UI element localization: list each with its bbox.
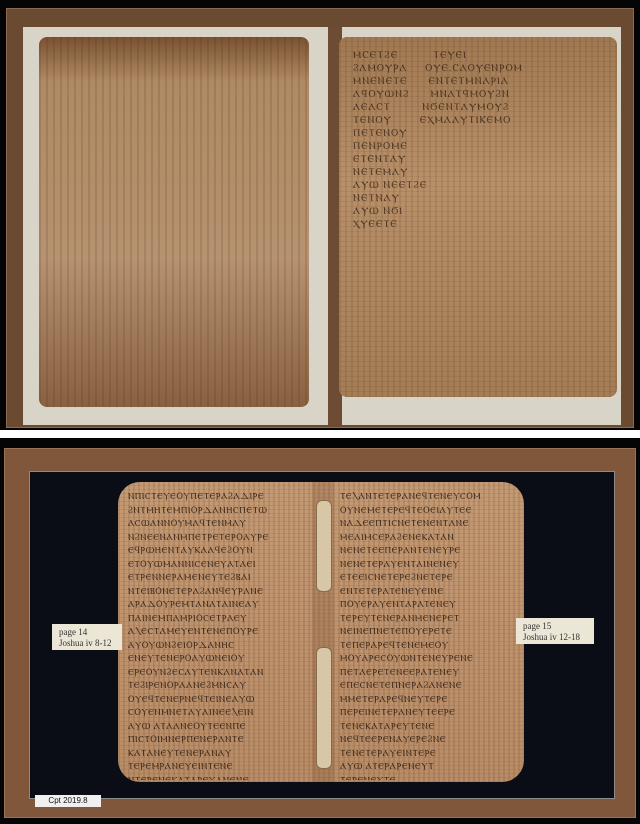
right-page-text: ⲦⲈⲖⲀⲚⲦⲈⲦⲈⲢⲀⲚⲈϤⲦⲈⲚⲈⲨⲤⲞⲘ ⲞⲨⲚⲈⲘⲈⲦⲈⲢⲈϤⲦⲈⲞⲈⲒⲀ…: [340, 490, 518, 780]
page-15-number: page 15: [523, 621, 587, 632]
right-papyrus-leaf: ⲘⲤⲈⲦϨⲈ ⲦⲈⲨⲈⲒ ϨⲀⲘⲞⲨⲢⲀ ⲞⲨⲈ.ⲤⲀⲞⲨⲈⲚⲢⲞⲘ ⲘⲚⲈⲚⲈ…: [339, 37, 617, 397]
spine-repair-strip-lower: [316, 647, 332, 769]
page-14-number: page 14: [59, 627, 115, 638]
spine-repair-strip-upper: [316, 500, 332, 592]
page-15-label: page 15 Joshua iv 12-18: [516, 618, 594, 644]
image-separator: [0, 430, 640, 438]
bottom-display-frame: ⲚⲠⲒⲤⲦⲈⲨⲈⲞⲨⲠⲈⲦⲈⲢⲀϨⲀⲆⲒⲢⲈ ϨⲚⲦⲘⲎⲦⲈⲘⲠⲒⲞⲢⲆⲀⲚⲎⲤ…: [4, 448, 636, 818]
page-14-reference: Joshua iv 8-12: [59, 638, 115, 649]
page-15-reference: Joshua iv 12-18: [523, 632, 587, 643]
page-14-label: page 14 Joshua iv 8-12: [52, 624, 122, 650]
top-display-frame: ⲘⲤⲈⲦϨⲈ ⲦⲈⲨⲈⲒ ϨⲀⲘⲞⲨⲢⲀ ⲞⲨⲈ.ⲤⲀⲞⲨⲈⲚⲢⲞⲘ ⲘⲚⲈⲚⲈ…: [6, 8, 634, 428]
left-page-text: ⲚⲠⲒⲤⲦⲈⲨⲈⲞⲨⲠⲈⲦⲈⲢⲀϨⲀⲆⲒⲢⲈ ϨⲚⲦⲘⲎⲦⲈⲘⲠⲒⲞⲢⲆⲀⲚⲎⲤ…: [128, 490, 312, 780]
left-papyrus-leaf: [39, 37, 309, 407]
open-papyrus-codex: ⲚⲠⲒⲤⲦⲈⲨⲈⲞⲨⲠⲈⲦⲈⲢⲀϨⲀⲆⲒⲢⲈ ϨⲚⲦⲘⲎⲦⲈⲘⲠⲒⲞⲢⲆⲀⲚⲎⲤ…: [118, 482, 524, 782]
accession-number-label: Cpt 2019.8: [35, 795, 101, 807]
right-leaf-text: ⲘⲤⲈⲦϨⲈ ⲦⲈⲨⲈⲒ ϨⲀⲘⲞⲨⲢⲀ ⲞⲨⲈ.ⲤⲀⲞⲨⲈⲚⲢⲞⲘ ⲘⲚⲈⲚⲈ…: [353, 49, 523, 231]
top-mount-board: ⲘⲤⲈⲦϨⲈ ⲦⲈⲨⲈⲒ ϨⲀⲘⲞⲨⲢⲀ ⲞⲨⲈ.ⲤⲀⲞⲨⲈⲚⲢⲞⲘ ⲘⲚⲈⲚⲈ…: [23, 27, 621, 425]
black-mount-board: ⲚⲠⲒⲤⲦⲈⲨⲈⲞⲨⲠⲈⲦⲈⲢⲀϨⲀⲆⲒⲢⲈ ϨⲚⲦⲘⲎⲦⲈⲘⲠⲒⲞⲢⲆⲀⲚⲎⲤ…: [29, 471, 615, 799]
bottom-photo-panel: ⲚⲠⲒⲤⲦⲈⲨⲈⲞⲨⲠⲈⲦⲈⲢⲀϨⲀⲆⲒⲢⲈ ϨⲚⲦⲘⲎⲦⲈⲘⲠⲒⲞⲢⲆⲀⲚⲎⲤ…: [0, 438, 640, 824]
top-photo-panel: ⲘⲤⲈⲦϨⲈ ⲦⲈⲨⲈⲒ ϨⲀⲘⲞⲨⲢⲀ ⲞⲨⲈ.ⲤⲀⲞⲨⲈⲚⲢⲞⲘ ⲘⲚⲈⲚⲈ…: [0, 0, 640, 430]
